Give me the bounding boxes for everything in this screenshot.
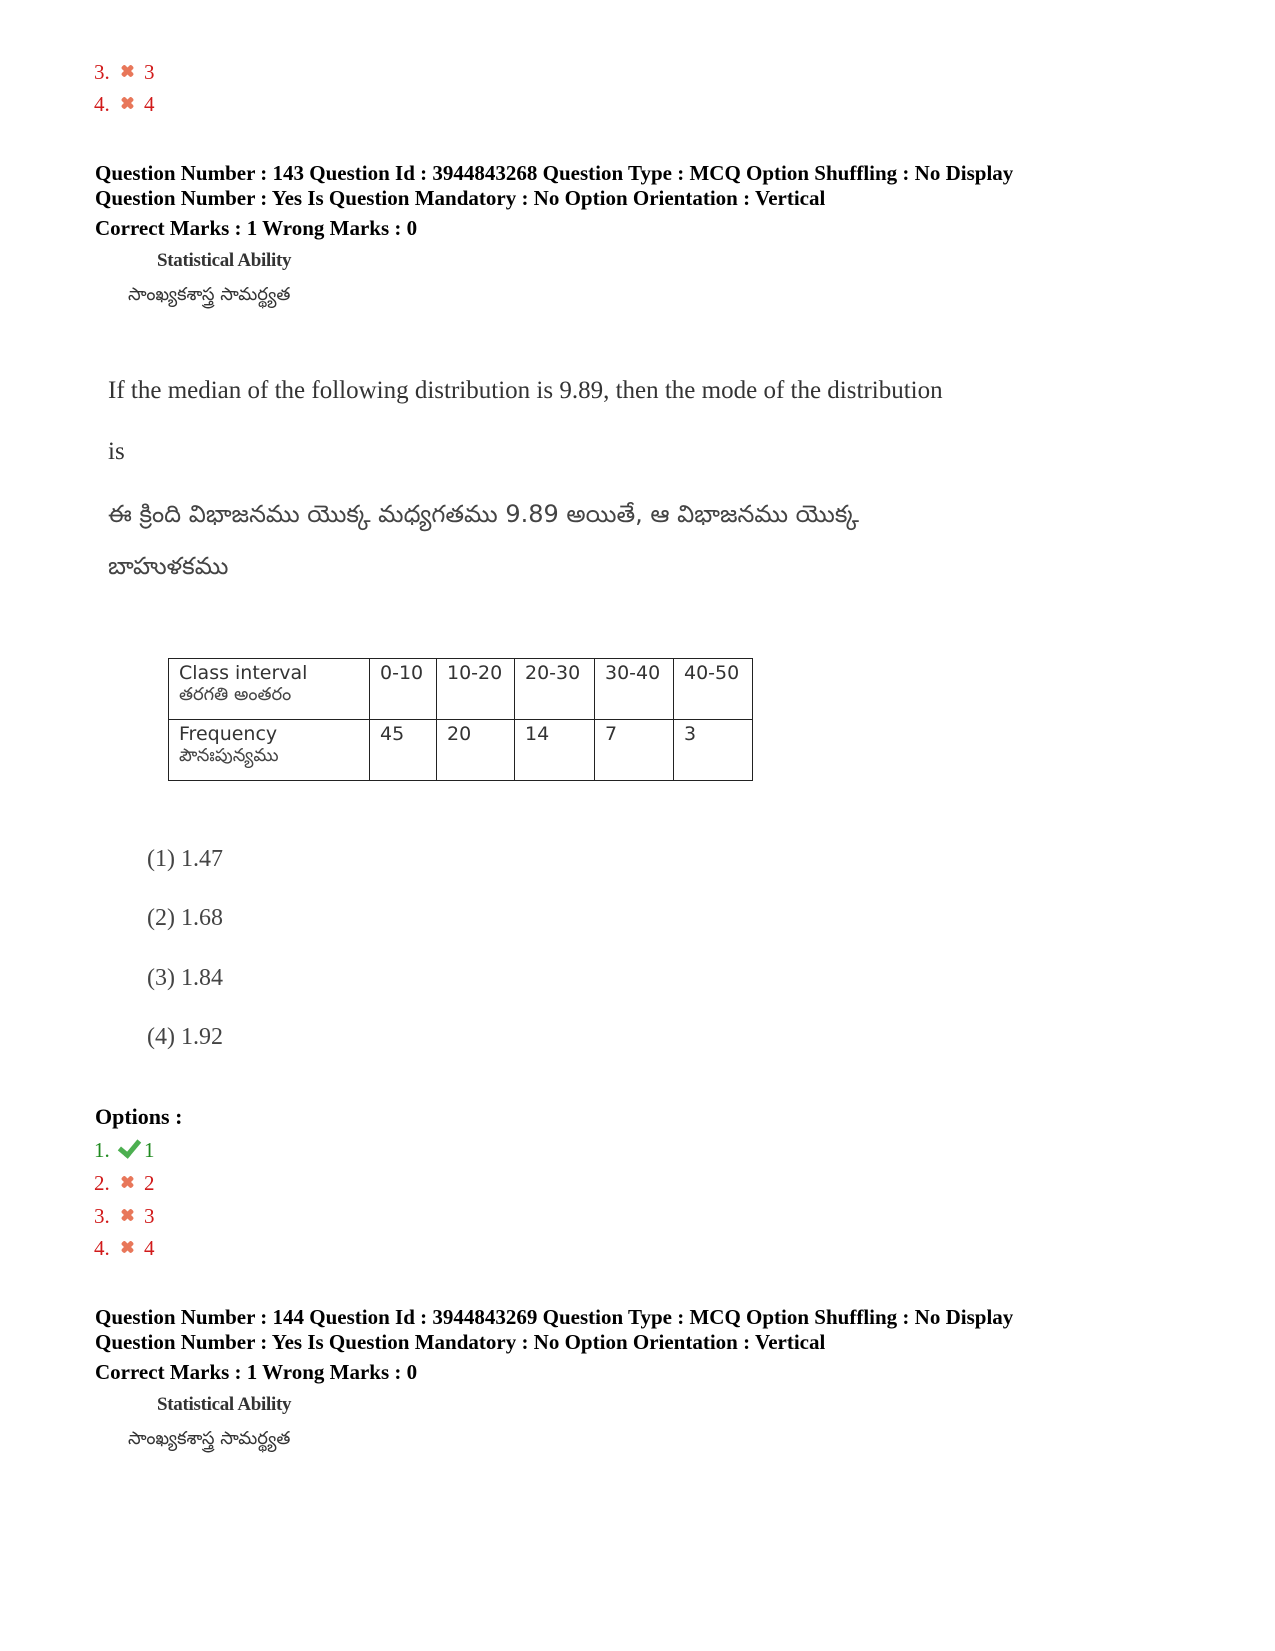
- option-3: 3. 3: [94, 1204, 155, 1228]
- row-header: Frequency పౌనఃపున్యము: [169, 720, 370, 781]
- row-header-te: తరగతి అంతరం: [179, 684, 359, 709]
- meta-line-1: Question Number : 143 Question Id : 3944…: [95, 161, 1215, 186]
- option-value: 4: [144, 1236, 155, 1260]
- table-cell: 20: [437, 720, 515, 781]
- question-text-en-line2: is: [108, 438, 125, 466]
- option-number: 3.: [94, 1204, 120, 1228]
- table-cell: 3: [674, 720, 753, 781]
- row-header-en: Frequency: [179, 723, 359, 745]
- row-header-en: Class interval: [179, 662, 359, 684]
- question-144-meta: Question Number : 144 Question Id : 3944…: [95, 1305, 1215, 1355]
- question-text-en-line1: If the median of the following distribut…: [108, 377, 943, 405]
- answer-choice-4: (4) 1.92: [147, 1024, 223, 1051]
- question-text-te-line1: ఈ క్రింది విభాజనము యొక్క మధ్యగతము 9.89 అ…: [108, 500, 859, 534]
- cross-icon: [120, 1206, 142, 1226]
- option-value: 2: [144, 1171, 155, 1195]
- option-number: 4.: [94, 1236, 120, 1260]
- option-4: 4. 4: [94, 1236, 155, 1260]
- table-row-class-interval: Class interval తరగతి అంతరం 0-10 10-20 20…: [169, 659, 753, 720]
- option-number: 4.: [94, 92, 120, 116]
- option-value: 3: [144, 1204, 155, 1228]
- answer-choice-3: (3) 1.84: [147, 965, 223, 992]
- marks-line: Correct Marks : 1 Wrong Marks : 0: [95, 1360, 417, 1385]
- marks-line: Correct Marks : 1 Wrong Marks : 0: [95, 216, 417, 241]
- table-row-frequency: Frequency పౌనఃపున్యము 45 20 14 7 3: [169, 720, 753, 781]
- answer-choice-1: (1) 1.47: [147, 846, 223, 873]
- table-cell: 30-40: [595, 659, 674, 720]
- option-value: 4: [144, 92, 155, 116]
- options-label: Options :: [95, 1104, 182, 1130]
- cross-icon: [120, 1238, 142, 1258]
- option-number: 2.: [94, 1171, 120, 1195]
- subject-telugu: సాంఖ్యకశాస్త్ర సామర్థ్యత: [128, 284, 290, 309]
- option-number: 3.: [94, 60, 120, 84]
- subject-telugu: సాంఖ్యకశాస్త్ర సామర్థ్యత: [128, 1428, 290, 1453]
- option-value: 1: [144, 1138, 155, 1162]
- row-header: Class interval తరగతి అంతరం: [169, 659, 370, 720]
- table-cell: 14: [515, 720, 595, 781]
- option-2: 2. 2: [94, 1171, 155, 1195]
- meta-line-2: Question Number : Yes Is Question Mandat…: [95, 1330, 1215, 1355]
- option-value: 3: [144, 60, 155, 84]
- meta-line-1: Question Number : 144 Question Id : 3944…: [95, 1305, 1215, 1330]
- subject-english: Statistical Ability: [157, 250, 291, 272]
- prev-option-3: 3. 3: [94, 60, 155, 84]
- answer-choice-2: (2) 1.68: [147, 905, 223, 932]
- option-1: 1. 1: [94, 1138, 155, 1162]
- table-cell: 20-30: [515, 659, 595, 720]
- table-cell: 7: [595, 720, 674, 781]
- meta-line-2: Question Number : Yes Is Question Mandat…: [95, 186, 1215, 211]
- row-header-te: పౌనఃపున్యము: [179, 745, 359, 770]
- table-cell: 40-50: [674, 659, 753, 720]
- table-cell: 10-20: [437, 659, 515, 720]
- cross-icon: [120, 62, 142, 82]
- cross-icon: [120, 1173, 142, 1193]
- check-icon: [120, 1140, 142, 1160]
- question-143-meta: Question Number : 143 Question Id : 3944…: [95, 161, 1215, 211]
- option-number: 1.: [94, 1138, 120, 1162]
- subject-english: Statistical Ability: [157, 1394, 291, 1416]
- prev-option-4: 4. 4: [94, 92, 155, 116]
- question-text-te-line2: బాహుళకము: [108, 552, 228, 586]
- table-cell: 0-10: [370, 659, 437, 720]
- cross-icon: [120, 94, 142, 114]
- distribution-table: Class interval తరగతి అంతరం 0-10 10-20 20…: [168, 658, 753, 781]
- table-cell: 45: [370, 720, 437, 781]
